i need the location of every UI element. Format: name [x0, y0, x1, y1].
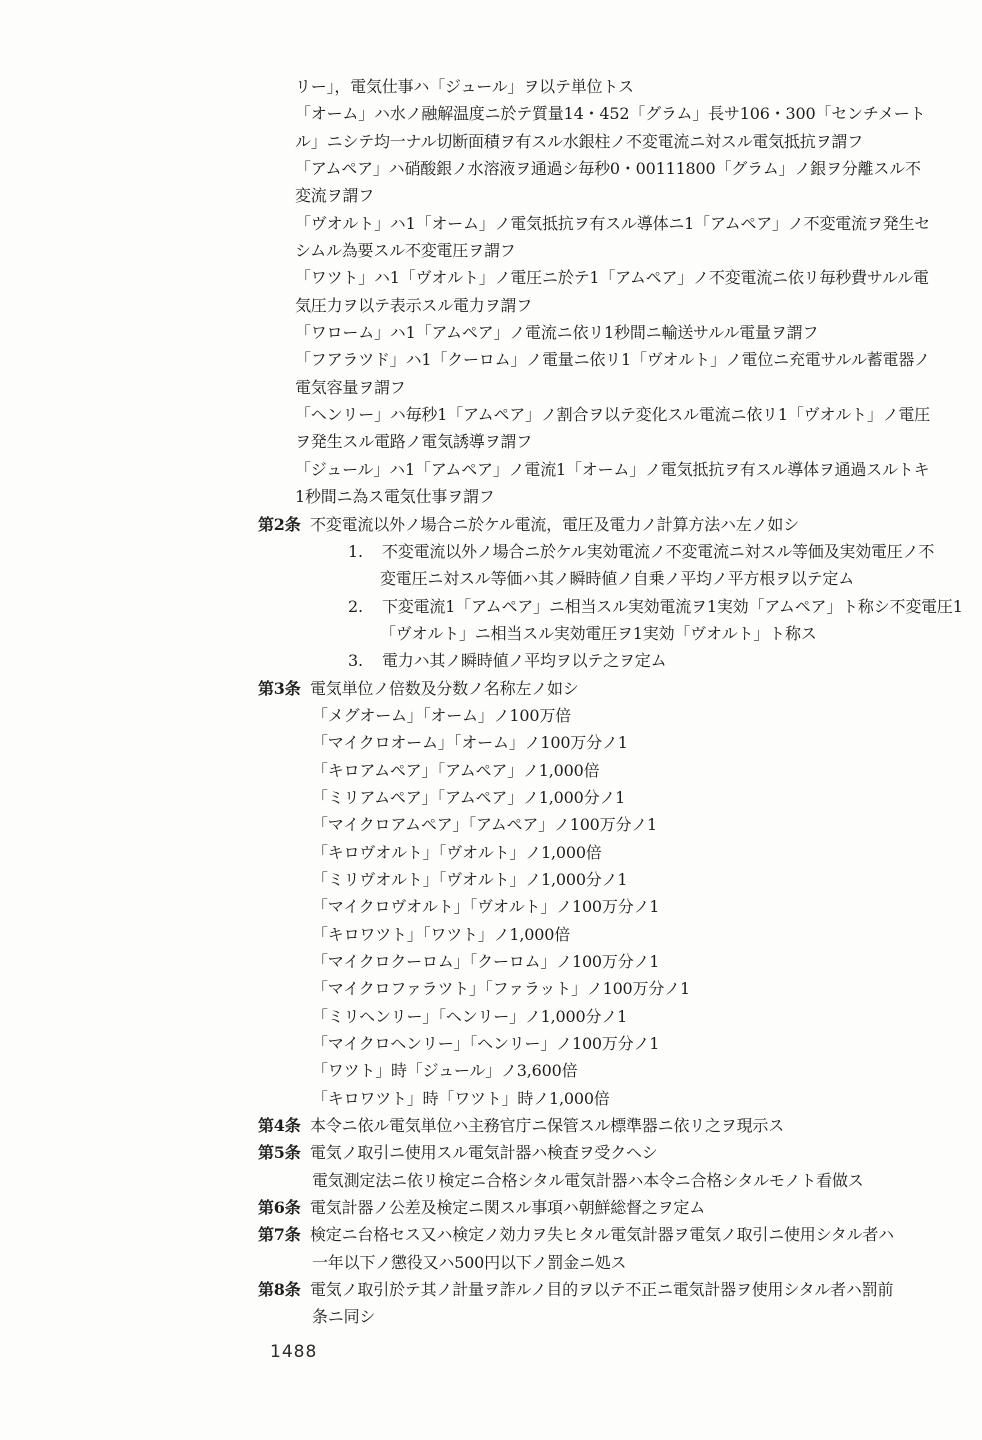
line-text: 「ジュール」ハ1「アムペア」ノ電流1「オーム」ノ電気抵抗ヲ有スル導体ヲ通過スルト…	[295, 460, 929, 479]
item-number: 2.	[348, 593, 382, 620]
line-text: 「キロワツト」「ワツト」ノ1,000倍	[312, 925, 570, 944]
line-text: 「ミリヘンリー」「ヘンリー」ノ1,000分ノ1	[312, 1007, 627, 1026]
article-label: 第3条	[258, 675, 310, 702]
text-line: 「ワツト」時「ジュール」ノ3,600倍	[0, 1057, 982, 1084]
text-line: 第7条検定ニ台格セス又ハ検定ノ効力ヲ失ヒタル電気計器ヲ電気ノ取引ニ使用シタル者ハ	[0, 1221, 982, 1248]
text-line: 電気測定法ニ依リ検定ニ合格シタル電気計器ハ本令ニ合格シタルモノト看做ス	[0, 1167, 982, 1194]
line-text: 下変電流1「アムペア」ニ相当スル実効電流ヲ1実効「アムペア」ト称シ不変電圧1	[382, 597, 963, 616]
line-text: 「ヘンリー」ハ毎秒1「アムペア」ノ割合ヲ以テ変化スル電流ニ依リ1「ヴオルト」ノ電…	[295, 405, 930, 424]
text-line: 「ワローム」ハ1「アムペア」ノ電流ニ依リ1秒間ニ輸送サルル電量ヲ謂フ	[0, 319, 982, 346]
line-text: 電気ノ取引於テ其ノ計量ヲ詐ルノ目的ヲ以テ不正ニ電気計器ヲ使用シタル者ハ罰前	[310, 1280, 893, 1299]
line-text: 電気測定法ニ依リ検定ニ合格シタル電気計器ハ本令ニ合格シタルモノト看做ス	[312, 1171, 864, 1190]
text-line: 「ヴオルト」ハ1「オーム」ノ電気抵抗ヲ有スル導体ニ1「アムペア」ノ不変電流ヲ発生…	[0, 210, 982, 237]
text-line: 「マイクロアムペア」「アムペア」ノ100万分ノ1	[0, 811, 982, 838]
text-line: 「ワツト」ハ1「ヴオルト」ノ電圧ニ於テ1「アムペア」ノ不変電流ニ依リ毎秒費サルル…	[0, 264, 982, 291]
text-line: 「アムペア」ハ硝酸銀ノ水溶液ヲ通過シ毎秒0・00111800「グラム」ノ銀ヲ分離…	[0, 155, 982, 182]
line-text: 「マイクロアムペア」「アムペア」ノ100万分ノ1	[312, 815, 657, 834]
text-line: 「ミリアムペア」「アムペア」ノ1,000分ノ1	[0, 784, 982, 811]
text-line: 第4条本令ニ依ル電気単位ハ主務官庁ニ保管スル標準器ニ依リ之ヲ現示ス	[0, 1112, 982, 1139]
line-text: 「マイクロヴオルト」「ヴオルト」ノ100万分ノ1	[312, 897, 659, 916]
text-line: 「ヴオルト」ニ相当スル実効電圧ヲ1実効「ヴオルト」ト称ス	[0, 620, 982, 647]
text-line: 一年以下ノ懲役又ハ500円以下ノ罰金ニ処ス	[0, 1249, 982, 1276]
line-text: 電気計器ノ公差及検定ニ関スル事項ハ朝鮮総督之ヲ定ム	[310, 1198, 705, 1217]
line-text: 「ワツト」時「ジュール」ノ3,600倍	[312, 1061, 577, 1080]
text-line: 第5条電気ノ取引ニ使用スル電気計器ハ検査ヲ受クヘシ	[0, 1139, 982, 1166]
text-line: ル」ニシテ均一ナル切断面積ヲ有スル水銀柱ノ不変電流ニ対スル電気抵抗ヲ謂フ	[0, 128, 982, 155]
item-number: 1.	[348, 538, 382, 565]
article-label: 第4条	[258, 1112, 310, 1139]
document-page: リー」，電気仕事ハ「ジュール」ヲ以テ単位トス「オーム」ハ水ノ融解温度ニ於テ質量1…	[0, 0, 982, 1440]
line-text: ル」ニシテ均一ナル切断面積ヲ有スル水銀柱ノ不変電流ニ対スル電気抵抗ヲ謂フ	[295, 132, 863, 151]
text-line: 第8条電気ノ取引於テ其ノ計量ヲ詐ルノ目的ヲ以テ不正ニ電気計器ヲ使用シタル者ハ罰前	[0, 1276, 982, 1303]
text-line: 「キロワツト」「ワツト」ノ1,000倍	[0, 921, 982, 948]
line-text: 電気ノ取引ニ使用スル電気計器ハ検査ヲ受クヘシ	[310, 1143, 658, 1162]
line-text: 不変電流以外ノ場合ニ於ケル電流，電圧及電力ノ計算方法ハ左ノ如シ	[310, 515, 799, 534]
text-line: 「ジュール」ハ1「アムペア」ノ電流1「オーム」ノ電気抵抗ヲ有スル導体ヲ通過スルト…	[0, 456, 982, 483]
text-line: 「キロヴオルト」「ヴオルト」ノ1,000倍	[0, 839, 982, 866]
line-text: 本令ニ依ル電気単位ハ主務官庁ニ保管スル標準器ニ依リ之ヲ現示ス	[310, 1116, 784, 1135]
line-text: 「マイクロクーロム」「クーロム」ノ100万分ノ1	[312, 952, 659, 971]
line-text: シムル為要スル不変電圧ヲ謂フ	[295, 241, 516, 260]
text-line: 「ヘンリー」ハ毎秒1「アムペア」ノ割合ヲ以テ変化スル電流ニ依リ1「ヴオルト」ノ電…	[0, 401, 982, 428]
line-text: 「オーム」ハ水ノ融解温度ニ於テ質量14・452「グラム」長サ106・300「セン…	[295, 104, 925, 123]
text-line: 1秒間ニ為ス電気仕事ヲ謂フ	[0, 483, 982, 510]
text-line: 「ミリヘンリー」「ヘンリー」ノ1,000分ノ1	[0, 1003, 982, 1030]
text-line: 「オーム」ハ水ノ融解温度ニ於テ質量14・452「グラム」長サ106・300「セン…	[0, 100, 982, 127]
line-text: 「フアラツド」ハ1「クーロム」ノ電量ニ依リ1「ヴオルト」ノ電位ニ充電サルル蓄電器…	[295, 350, 930, 369]
line-text: 「ミリアムペア」「アムペア」ノ1,000分ノ1	[312, 788, 625, 807]
line-text: 一年以下ノ懲役又ハ500円以下ノ罰金ニ処ス	[312, 1253, 626, 1272]
text-line: 「キロアムペア」「アムペア」ノ1,000倍	[0, 757, 982, 784]
text-line: 「キロワツト」時「ワツト」時ノ1,000倍	[0, 1085, 982, 1112]
line-text: 「ワローム」ハ1「アムペア」ノ電流ニ依リ1秒間ニ輸送サルル電量ヲ謂フ	[295, 323, 818, 342]
article-label: 第5条	[258, 1139, 310, 1166]
line-text: 「マイクロオーム」「オーム」ノ100万分ノ1	[312, 733, 628, 752]
line-text: 「アムペア」ハ硝酸銀ノ水溶液ヲ通過シ毎秒0・00111800「グラム」ノ銀ヲ分離…	[295, 159, 921, 178]
text-line: 第3条電気単位ノ倍数及分数ノ名称左ノ如シ	[0, 675, 982, 702]
text-line: 電気容量ヲ謂フ	[0, 374, 982, 401]
text-line: 変電圧ニ対スル等価ハ其ノ瞬時値ノ自乗ノ平均ノ平方根ヲ以テ定ム	[0, 565, 982, 592]
line-text: 「キロアムペア」「アムペア」ノ1,000倍	[312, 761, 599, 780]
text-line: 第6条電気計器ノ公差及検定ニ関スル事項ハ朝鮮総督之ヲ定ム	[0, 1194, 982, 1221]
line-text: 1秒間ニ為ス電気仕事ヲ謂フ	[295, 487, 495, 506]
line-text: 条ニ同シ	[312, 1307, 375, 1326]
text-line: 1.不変電流以外ノ場合ニ於ケル実効電流ノ不変電流ニ対スル等価及実効電圧ノ不	[0, 538, 982, 565]
text-line: 「マイクロクーロム」「クーロム」ノ100万分ノ1	[0, 948, 982, 975]
line-text: 「キロワツト」時「ワツト」時ノ1,000倍	[312, 1089, 610, 1108]
line-text: 検定ニ台格セス又ハ検定ノ効力ヲ失ヒタル電気計器ヲ電気ノ取引ニ使用シタル者ハ	[310, 1225, 894, 1244]
line-text: 「メグオーム」「オーム」ノ100万倍	[312, 706, 571, 725]
line-text: 不変電流以外ノ場合ニ於ケル実効電流ノ不変電流ニ対スル等価及実効電圧ノ不	[382, 542, 934, 561]
page-number: 1488	[270, 1342, 317, 1362]
text-line: シムル為要スル不変電圧ヲ謂フ	[0, 237, 982, 264]
line-text: 電気容量ヲ謂フ	[295, 378, 406, 397]
line-text: 変流ヲ謂フ	[295, 186, 374, 205]
line-text: 「マイクロヘンリー」「ヘンリー」ノ100万分ノ1	[312, 1034, 659, 1053]
text-line: 3.電力ハ其ノ瞬時値ノ平均ヲ以テ之ヲ定ム	[0, 647, 982, 674]
text-line: 第2条不変電流以外ノ場合ニ於ケル電流，電圧及電力ノ計算方法ハ左ノ如シ	[0, 511, 982, 538]
text-line: 条ニ同シ	[0, 1303, 982, 1330]
line-text: 電力ハ其ノ瞬時値ノ平均ヲ以テ之ヲ定ム	[382, 651, 666, 670]
article-label: 第8条	[258, 1276, 310, 1303]
text-line: 2.下変電流1「アムペア」ニ相当スル実効電流ヲ1実効「アムペア」ト称シ不変電圧1	[0, 593, 982, 620]
text-line: ヲ発生スル電路ノ電気誘導ヲ謂フ	[0, 428, 982, 455]
line-text: 「ワツト」ハ1「ヴオルト」ノ電圧ニ於テ1「アムペア」ノ不変電流ニ依リ毎秒費サルル…	[295, 268, 929, 287]
document-lines: リー」，電気仕事ハ「ジュール」ヲ以テ単位トス「オーム」ハ水ノ融解温度ニ於テ質量1…	[0, 73, 982, 1331]
text-line: 変流ヲ謂フ	[0, 182, 982, 209]
text-line: 「フアラツド」ハ1「クーロム」ノ電量ニ依リ1「ヴオルト」ノ電位ニ充電サルル蓄電器…	[0, 346, 982, 373]
line-text: 「キロヴオルト」「ヴオルト」ノ1,000倍	[312, 843, 602, 862]
line-text: 電気単位ノ倍数及分数ノ名称左ノ如シ	[310, 679, 579, 698]
line-text: 「ヴオルト」ニ相当スル実効電圧ヲ1実効「ヴオルト」ト称ス	[380, 624, 817, 643]
text-line: 「マイクロオーム」「オーム」ノ100万分ノ1	[0, 729, 982, 756]
text-line: 「メグオーム」「オーム」ノ100万倍	[0, 702, 982, 729]
line-text: 変電圧ニ対スル等価ハ其ノ瞬時値ノ自乗ノ平均ノ平方根ヲ以テ定ム	[380, 569, 854, 588]
article-label: 第7条	[258, 1221, 310, 1248]
text-line: 気圧力ヲ以テ表示スル電力ヲ謂フ	[0, 292, 982, 319]
text-line: リー」，電気仕事ハ「ジュール」ヲ以テ単位トス	[0, 73, 982, 100]
line-text: 「ヴオルト」ハ1「オーム」ノ電気抵抗ヲ有スル導体ニ1「アムペア」ノ不変電流ヲ発生…	[295, 214, 930, 233]
text-line: 「マイクロヴオルト」「ヴオルト」ノ100万分ノ1	[0, 893, 982, 920]
line-text: 「ミリヴオルト」「ヴオルト」ノ1,000分ノ1	[312, 870, 627, 889]
text-line: 「マイクロファラツト」「ファラット」ノ100万分ノ1	[0, 975, 982, 1002]
line-text: 気圧力ヲ以テ表示スル電力ヲ謂フ	[295, 296, 532, 315]
line-text: リー」，電気仕事ハ「ジュール」ヲ以テ単位トス	[295, 77, 634, 96]
text-line: 「ミリヴオルト」「ヴオルト」ノ1,000分ノ1	[0, 866, 982, 893]
article-label: 第2条	[258, 511, 310, 538]
line-text: ヲ発生スル電路ノ電気誘導ヲ謂フ	[295, 432, 532, 451]
item-number: 3.	[348, 647, 382, 674]
article-label: 第6条	[258, 1194, 310, 1221]
line-text: 「マイクロファラツト」「ファラット」ノ100万分ノ1	[312, 979, 690, 998]
text-line: 「マイクロヘンリー」「ヘンリー」ノ100万分ノ1	[0, 1030, 982, 1057]
